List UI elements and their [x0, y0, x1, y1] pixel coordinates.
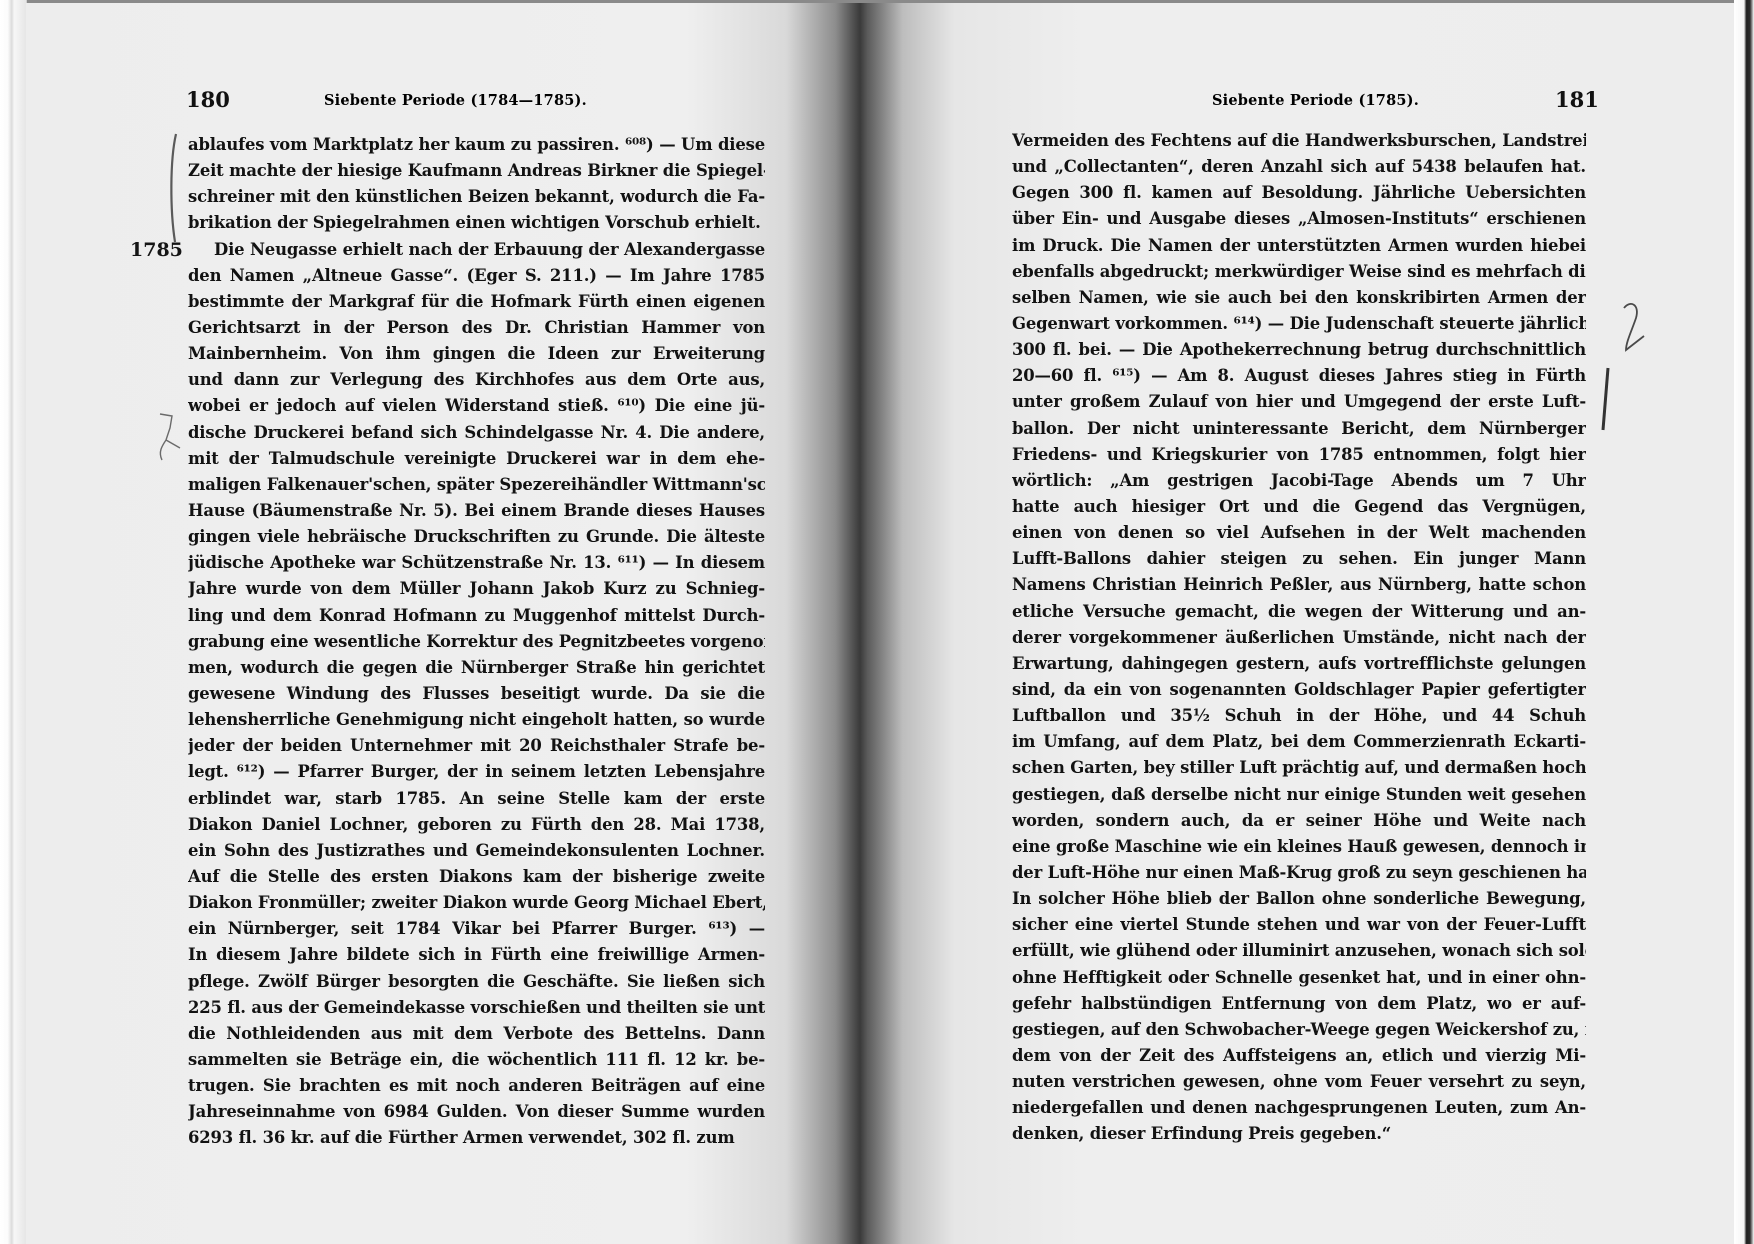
text-line: Jahre wurde von dem Müller Johann Jakob … — [188, 576, 765, 602]
text-line: niedergefallen und denen nachgesprungene… — [1012, 1095, 1586, 1121]
book-left-edge — [0, 0, 27, 1244]
text-line: 225 fl. aus der Gemeindekasse vorschieße… — [188, 995, 765, 1021]
text-line: Auf die Stelle des ersten Diakons kam de… — [188, 864, 765, 890]
text-line: Die Neugasse erhielt nach der Erbauung d… — [188, 237, 765, 263]
text-line: derer vorgekommener äußerlichen Umstände… — [1012, 625, 1586, 651]
left-page-text: ablaufes vom Marktplatz her kaum zu pass… — [188, 132, 765, 1151]
text-line: ebenfalls abgedruckt; merkwürdiger Weise… — [1012, 259, 1586, 285]
text-line: Zeit machte der hiesige Kaufmann Andreas… — [188, 158, 765, 184]
text-line: nuten verstrichen gewesen, ohne vom Feue… — [1012, 1069, 1586, 1095]
text-line: und „Collectanten“, deren Anzahl sich au… — [1012, 154, 1586, 180]
text-line: unter großem Zulauf von hier und Umgegen… — [1012, 389, 1586, 415]
text-line: im Druck. Die Namen der unterstützten Ar… — [1012, 233, 1586, 259]
text-line: grabung eine wesentliche Korrektur des P… — [188, 629, 765, 655]
text-line: ein Sohn des Justizrathes und Gemeindeko… — [188, 838, 765, 864]
left-page-number: 180 — [186, 87, 230, 112]
text-line: sammelten sie Beträge ein, die wöchentli… — [188, 1047, 765, 1073]
text-line: wobei er jedoch auf vielen Widerstand st… — [188, 393, 765, 419]
left-running-title: Siebente Periode (1784—1785). — [324, 92, 587, 109]
text-line: ballon. Der nicht uninteressante Bericht… — [1012, 416, 1586, 442]
text-line: und dann zur Verlegung des Kirchhofes au… — [188, 367, 765, 393]
text-line: Hause (Bäumenstraße Nr. 5). Bei einem Br… — [188, 498, 765, 524]
text-line: sicher eine viertel Stunde stehen und wa… — [1012, 912, 1586, 938]
text-line: Lufft-Ballons dahier steigen zu sehen. E… — [1012, 546, 1586, 572]
text-line: bestimmte der Markgraf für die Hofmark F… — [188, 289, 765, 315]
text-line: Gegenwart vorkommen. ⁶¹⁴) — Die Judensch… — [1012, 311, 1586, 337]
text-line: mit der Talmudschule vereinigte Druckere… — [188, 446, 765, 472]
text-line: gestiegen, daß derselbe nicht nur einige… — [1012, 782, 1586, 808]
text-line: men, wodurch die gegen die Nürnberger St… — [188, 655, 765, 681]
text-line: Friedens- und Kriegskurier von 1785 entn… — [1012, 442, 1586, 468]
text-line: Gegen 300 fl. kamen auf Besoldung. Jährl… — [1012, 180, 1586, 206]
text-line: dische Druckerei befand sich Schindelgas… — [188, 420, 765, 446]
text-line: Vermeiden des Fechtens auf die Handwerks… — [1012, 128, 1586, 154]
text-line: sind, da ein von sogenannten Goldschlage… — [1012, 677, 1586, 703]
text-line: Namens Christian Heinrich Peßler, aus Nü… — [1012, 572, 1586, 598]
text-line: denken, dieser Erfindung Preis gegeben.“ — [1012, 1121, 1586, 1147]
text-line: brikation der Spiegelrahmen einen wichti… — [188, 210, 765, 236]
text-line: trugen. Sie brachten es mit noch anderen… — [188, 1073, 765, 1099]
text-line: lehensherrliche Genehmigung nicht eingeh… — [188, 707, 765, 733]
text-line: schreiner mit den künstlichen Beizen bek… — [188, 184, 765, 210]
text-line: hatte auch hiesiger Ort und die Gegend d… — [1012, 494, 1586, 520]
text-line: gefehr halbstündigen Entfernung von dem … — [1012, 991, 1586, 1017]
text-line: Mainbernheim. Von ihm gingen die Ideen z… — [188, 341, 765, 367]
text-line: einen von denen so viel Aufsehen in der … — [1012, 520, 1586, 546]
text-line: ohne Hefftigkeit oder Schnelle gesenket … — [1012, 965, 1586, 991]
text-line: Luftballon und 35½ Schuh in der Höhe, un… — [1012, 703, 1586, 729]
text-line: In diesem Jahre bildete sich in Fürth ei… — [188, 942, 765, 968]
text-line: gewesene Windung des Flusses beseitigt w… — [188, 681, 765, 707]
text-line: ablaufes vom Marktplatz her kaum zu pass… — [188, 132, 765, 158]
text-line: 20—60 fl. ⁶¹⁵) — Am 8. August dieses Jah… — [1012, 363, 1586, 389]
text-line: gestiegen, auf den Schwobacher-Weege geg… — [1012, 1017, 1586, 1043]
text-line: Jahreseinnahme von 6984 Gulden. Von dies… — [188, 1099, 765, 1125]
text-line: schen Garten, bey stiller Luft prächtig … — [1012, 755, 1586, 781]
margin-year-note: 1785 — [130, 239, 183, 261]
text-line: worden, sondern auch, da er seiner Höhe … — [1012, 808, 1586, 834]
text-line: legt. ⁶¹²) — Pfarrer Burger, der in sein… — [188, 759, 765, 785]
text-line: gingen viele hebräische Druckschriften z… — [188, 524, 765, 550]
text-line: wörtlich: „Am gestrigen Jacobi-Tage Aben… — [1012, 468, 1586, 494]
text-line: Diakon Fronmüller; zweiter Diakon wurde … — [188, 890, 765, 916]
text-line: ein Nürnberger, seit 1784 Vikar bei Pfar… — [188, 916, 765, 942]
text-line: 300 fl. bei. — Die Apothekerrechnung bet… — [1012, 337, 1586, 363]
text-line: im Umfang, auf dem Platz, bei dem Commer… — [1012, 729, 1586, 755]
text-line: den Namen „Altneue Gasse“. (Eger S. 211.… — [188, 263, 765, 289]
text-line: maligen Falkenauer'schen, später Spezere… — [188, 472, 765, 498]
text-line: etliche Versuche gemacht, die wegen der … — [1012, 599, 1586, 625]
text-line: die Nothleidenden aus mit dem Verbote de… — [188, 1021, 765, 1047]
right-running-title: Siebente Periode (1785). — [1212, 92, 1419, 109]
text-line: Erwartung, dahingegen gestern, aufs vort… — [1012, 651, 1586, 677]
text-line: dem von der Zeit des Auffsteigens an, et… — [1012, 1043, 1586, 1069]
text-line: selben Namen, wie sie auch bei den konsk… — [1012, 285, 1586, 311]
text-line: ling und dem Konrad Hofmann zu Muggenhof… — [188, 603, 765, 629]
text-line: der Luft-Höhe nur einen Maß-Krug groß zu… — [1012, 860, 1586, 886]
book-gutter — [852, 3, 868, 1244]
text-line: In solcher Höhe blieb der Ballon ohne so… — [1012, 886, 1586, 912]
text-line: eine große Maschine wie ein kleines Hauß… — [1012, 834, 1586, 860]
text-line: erfüllt, wie glühend oder illuminirt anz… — [1012, 938, 1586, 964]
book-spread: 180 Siebente Periode (1784—1785). 1785 a… — [0, 0, 1754, 1244]
text-line: erblindet war, starb 1785. An seine Stel… — [188, 786, 765, 812]
text-line: Gerichtsarzt in der Person des Dr. Chris… — [188, 315, 765, 341]
right-page-number: 181 — [1555, 87, 1599, 112]
book-right-edge — [1734, 0, 1754, 1244]
text-line: pflege. Zwölf Bürger besorgten die Gesch… — [188, 969, 765, 995]
text-line: über Ein- und Ausgabe dieses „Almosen-In… — [1012, 206, 1586, 232]
text-line: jüdische Apotheke war Schützenstraße Nr.… — [188, 550, 765, 576]
text-line: jeder der beiden Unternehmer mit 20 Reic… — [188, 733, 765, 759]
text-line: 6293 fl. 36 kr. auf die Fürther Armen ve… — [188, 1125, 765, 1151]
right-page-text: Vermeiden des Fechtens auf die Handwerks… — [1012, 128, 1586, 1147]
text-line: Diakon Daniel Lochner, geboren zu Fürth … — [188, 812, 765, 838]
